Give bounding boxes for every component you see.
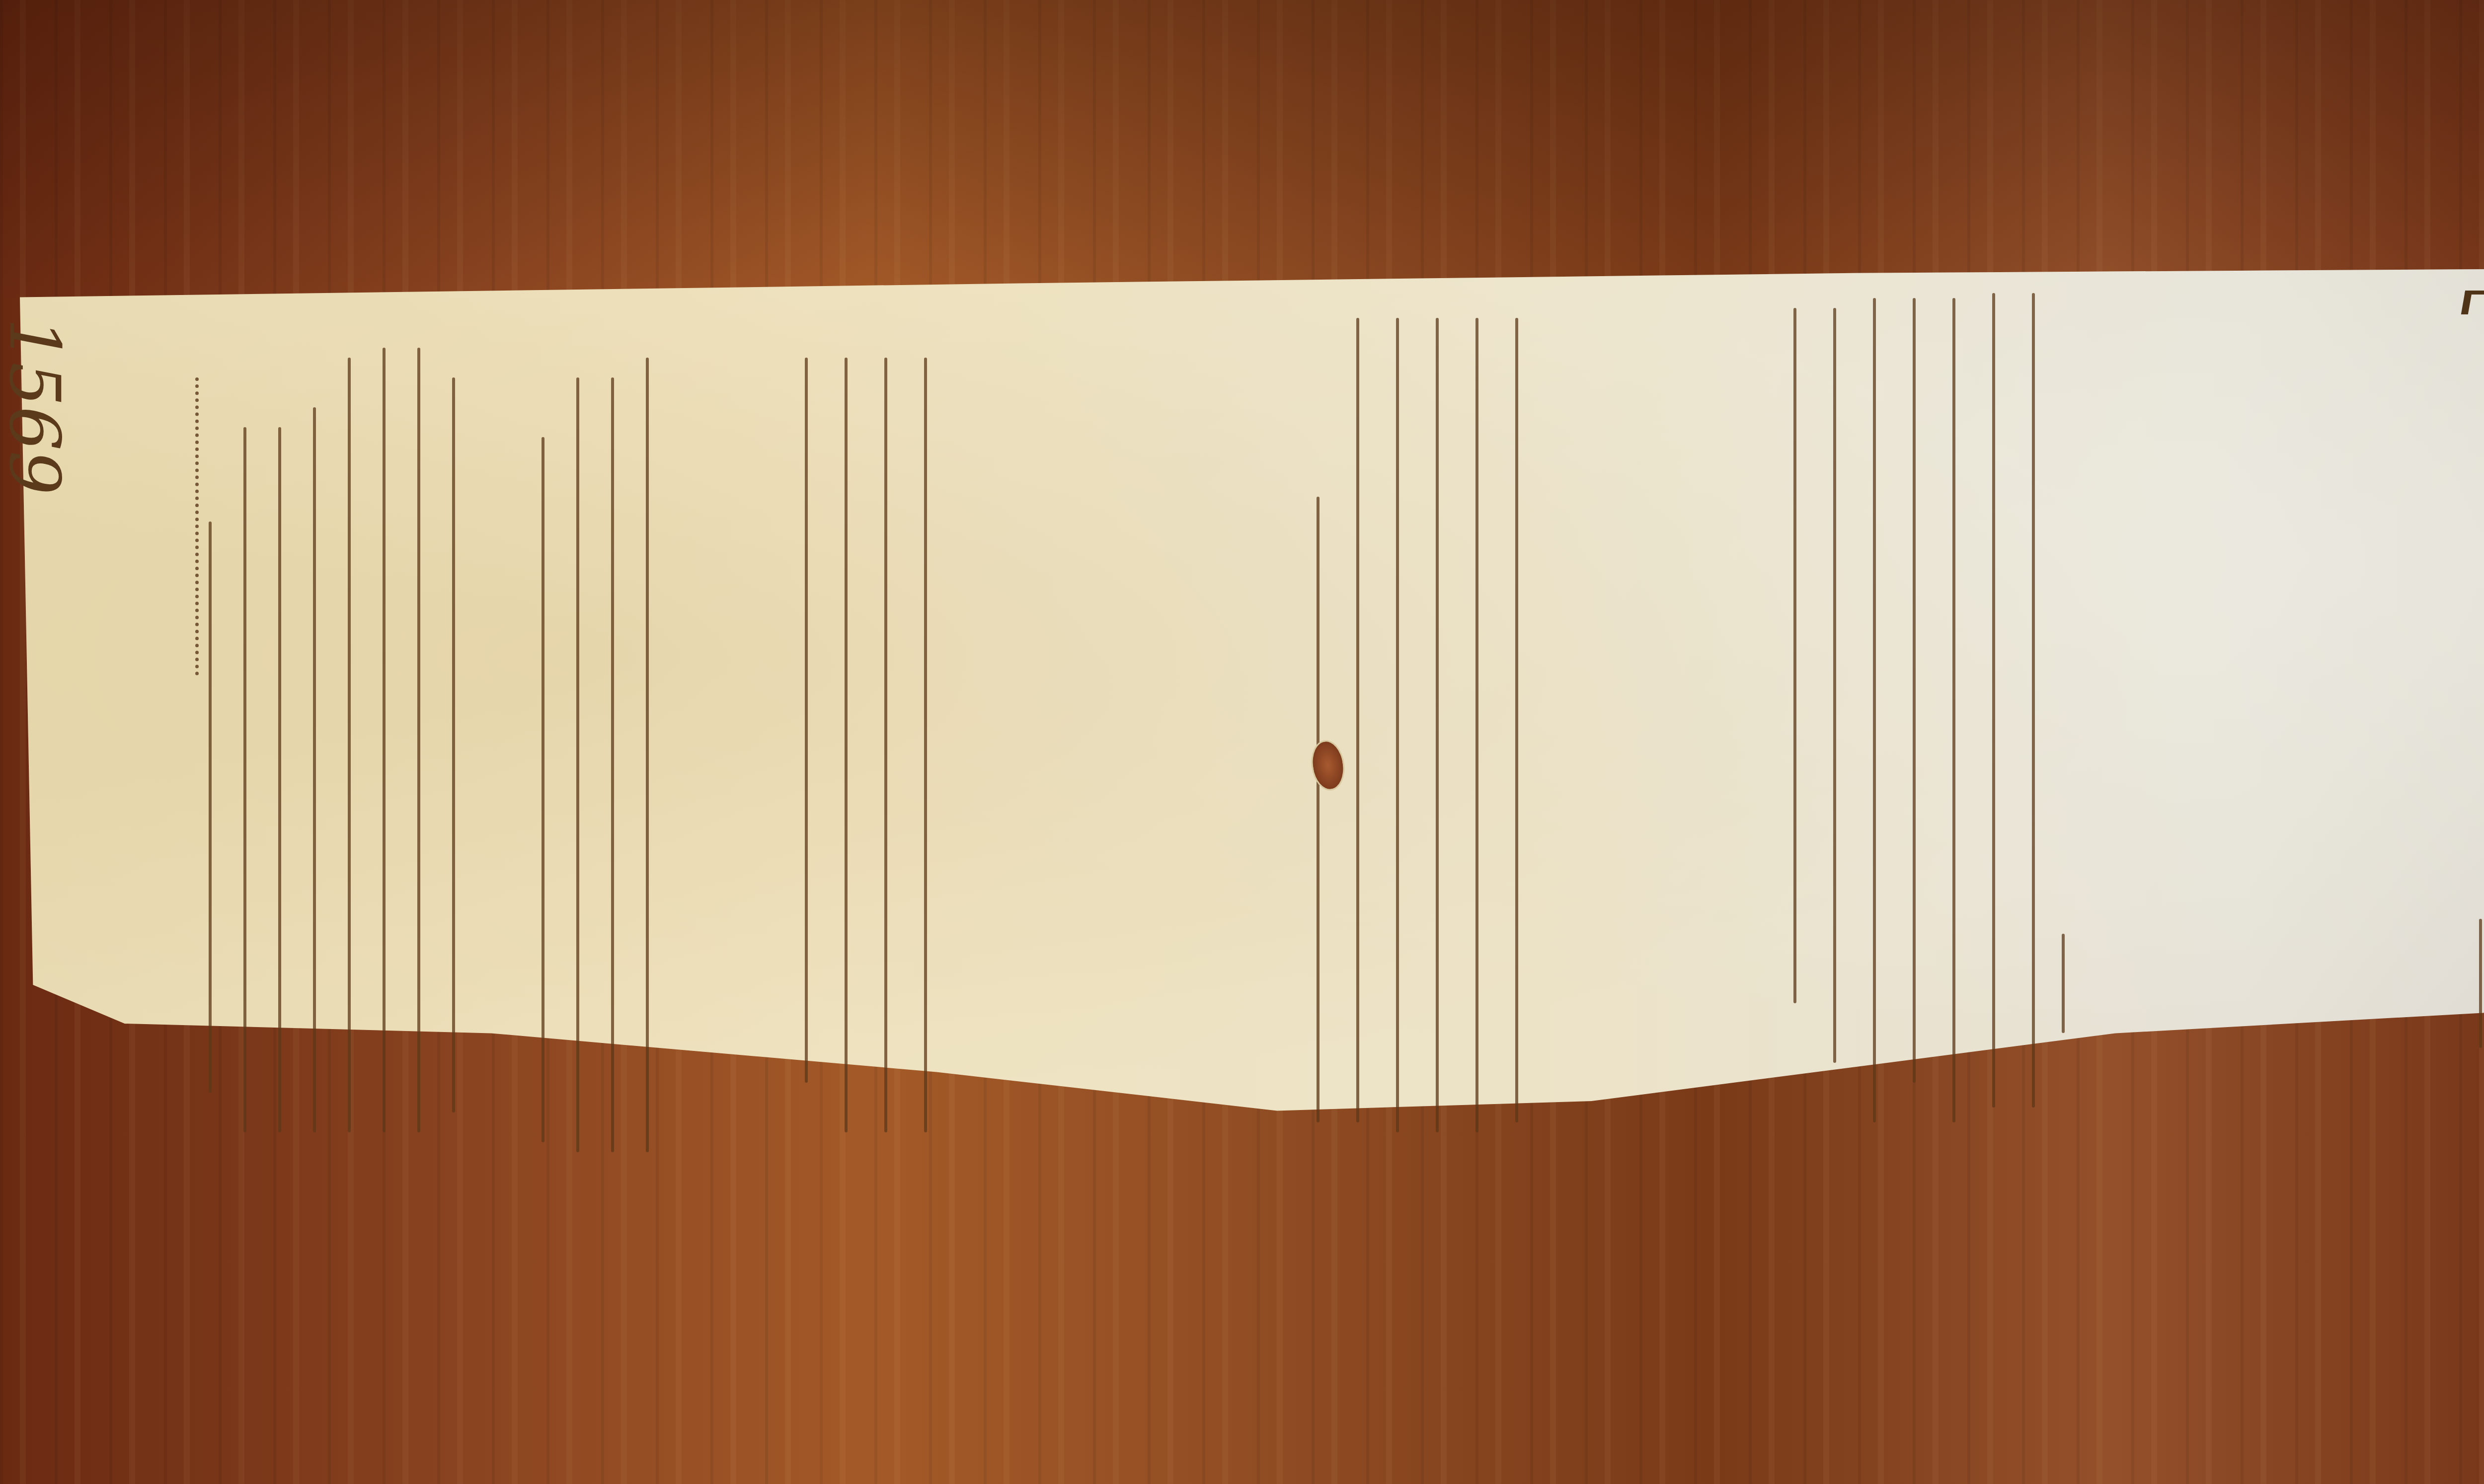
- folio-number: 1569: [0, 318, 75, 495]
- corner-mark: [2461, 291, 2484, 314]
- signature-stroke: [2479, 919, 2482, 1048]
- wood-shadow: [0, 0, 2484, 308]
